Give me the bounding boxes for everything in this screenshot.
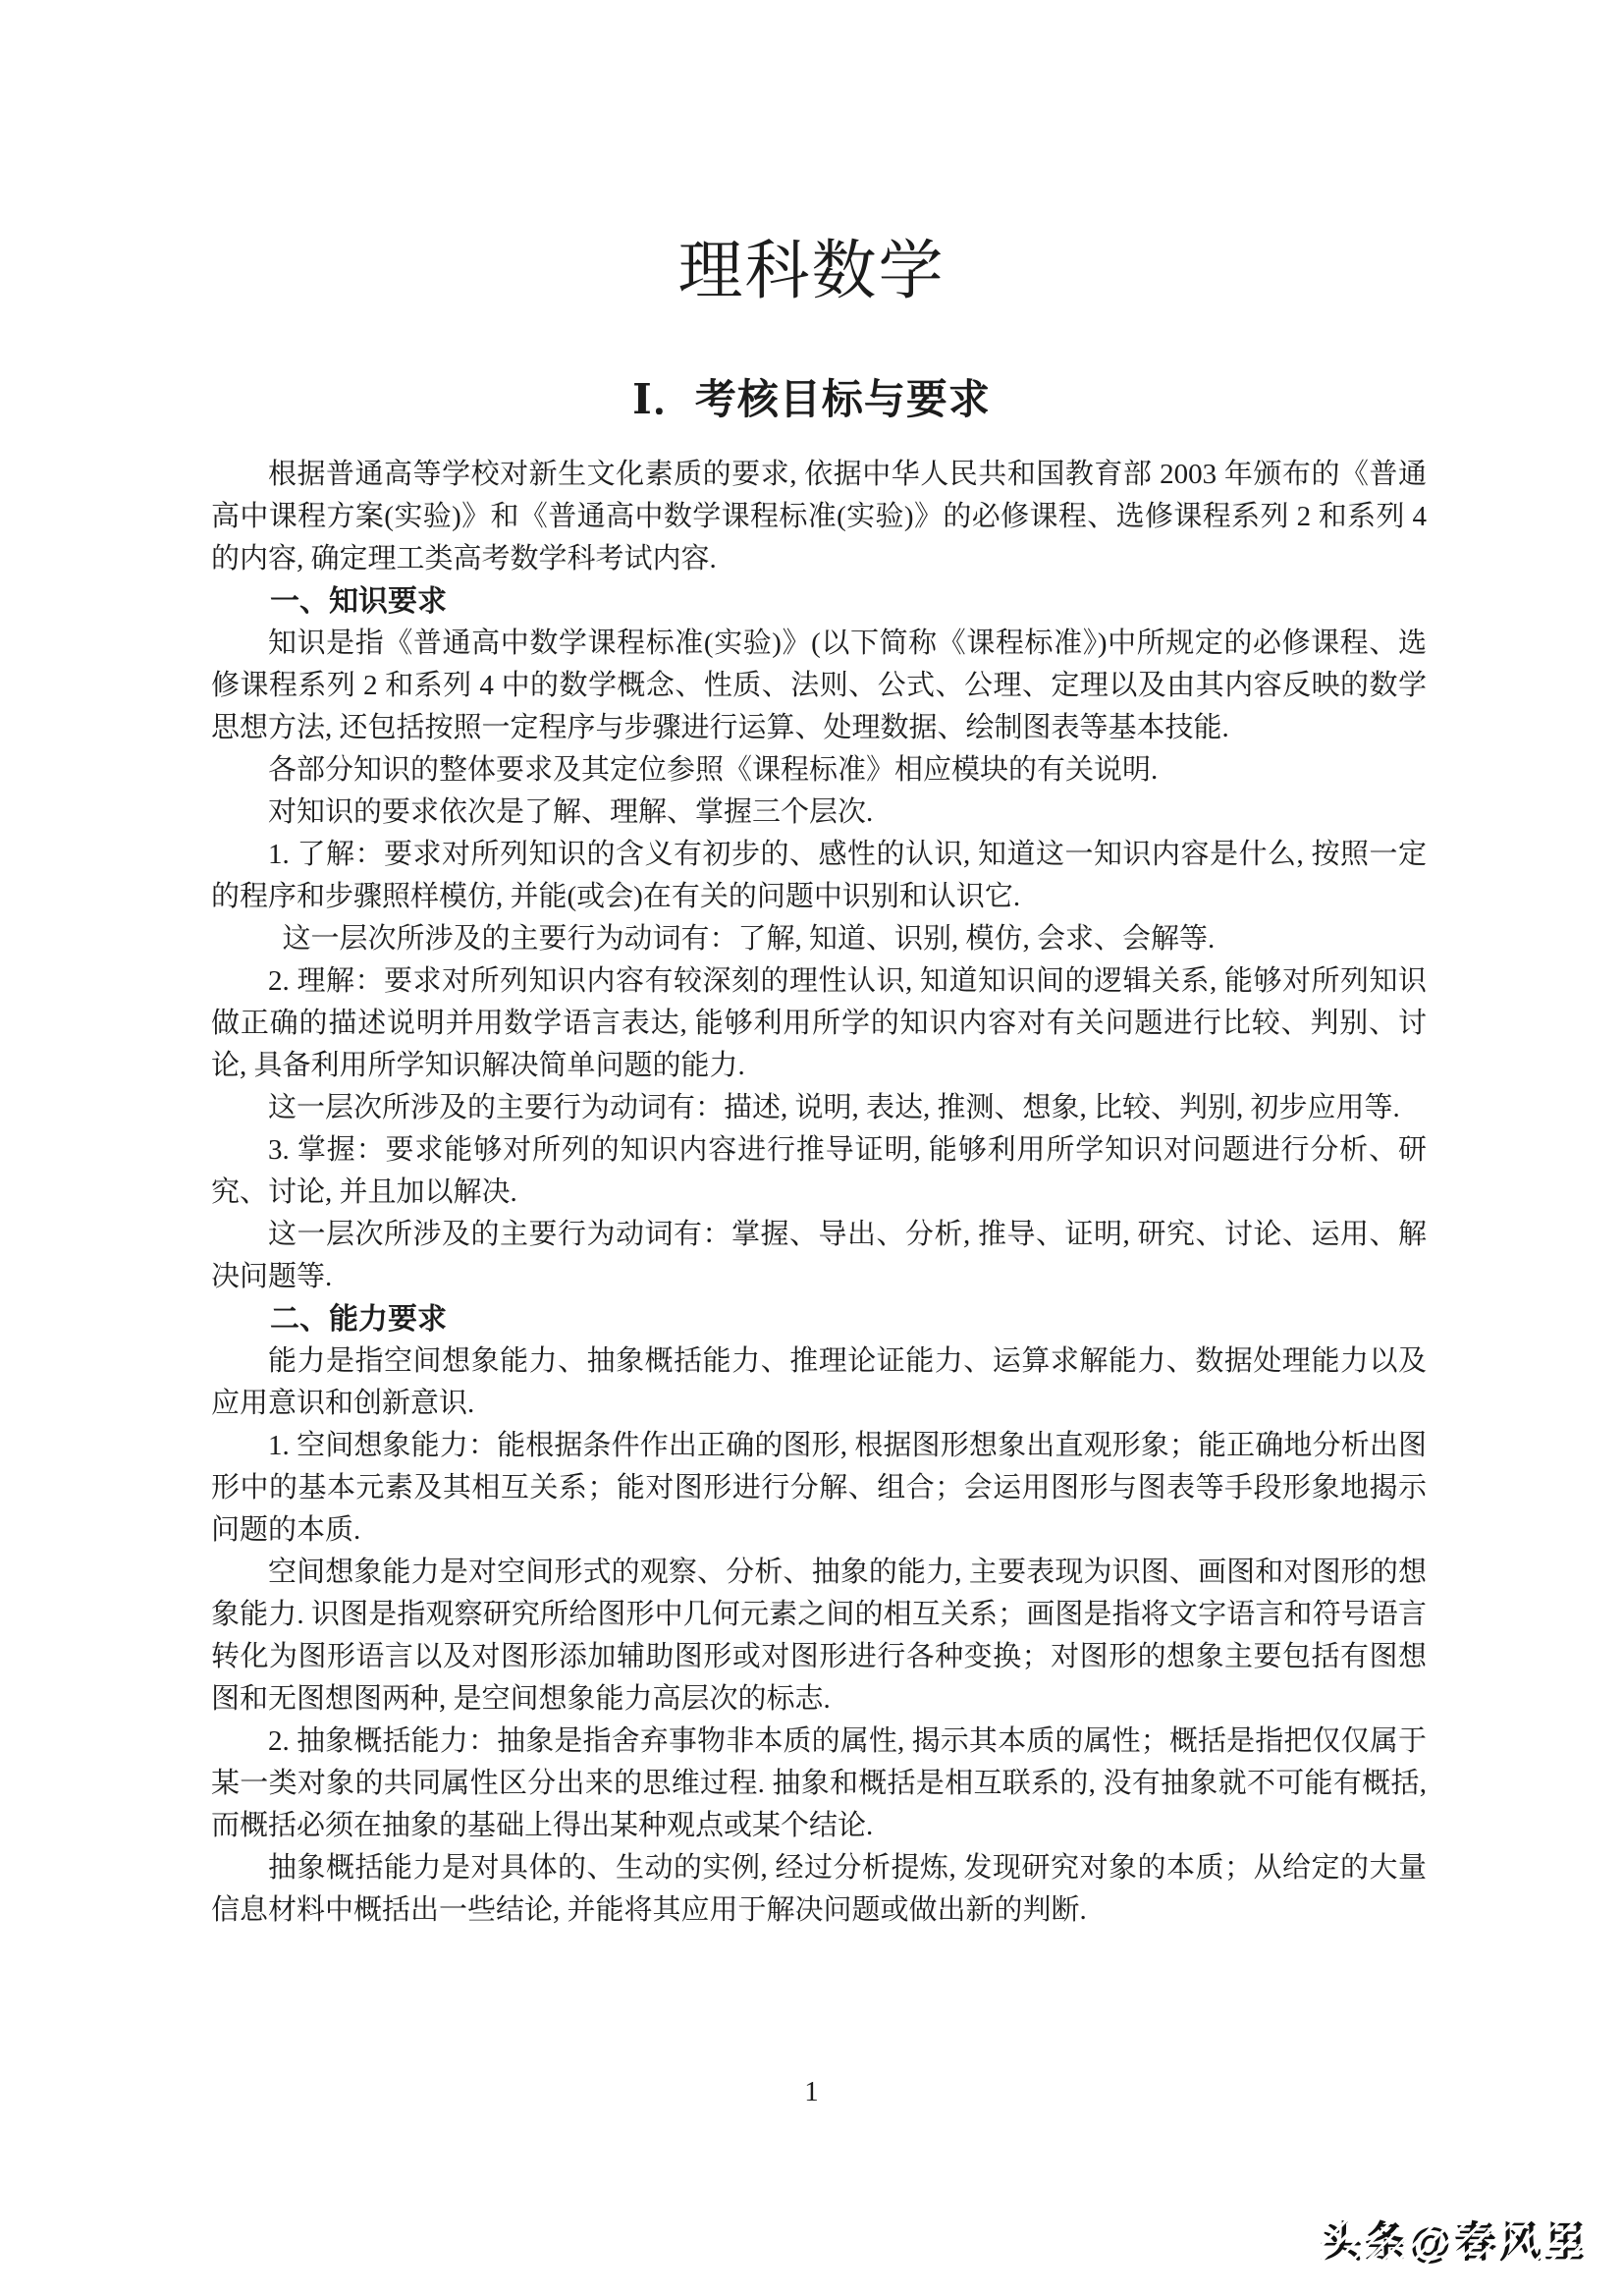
document-body: 根据普通高等学校对新生文化素质的要求, 依据中华人民共和国教育部 2003 年颁… [211,454,1427,1932]
watermark: 头条@春风里 [1320,2210,1590,2269]
document-title: 理科数学 [0,218,1623,311]
page-number: 1 [0,2076,1623,2108]
paragraph-verbs-lijie: 这一层次所涉及的主要行为动词有：描述, 说明, 表达, 推测、想象, 比较、判别… [211,1087,1427,1129]
paragraph-level-zhangwo: 3. 掌握：要求能够对所列的知识内容进行推导证明, 能够利用所学知识对问题进行分… [211,1129,1427,1214]
paragraph-ability-definition: 能力是指空间想象能力、抽象概括能力、推理论证能力、运算求解能力、数据处理能力以及… [211,1340,1427,1425]
paragraph-intro: 根据普通高等学校对新生文化素质的要求, 依据中华人民共和国教育部 2003 年颁… [211,454,1427,580]
paragraph-verbs-zhangwo: 这一层次所涉及的主要行为动词有：掌握、导出、分析, 推导、证明, 研究、讨论、运… [211,1214,1427,1298]
paragraph-three-levels: 对知识的要求依次是了解、理解、掌握三个层次. [211,792,1427,834]
paragraph-verbs-liaojie: 这一层次所涉及的主要行为动词有：了解, 知道、识别, 模仿, 会求、会解等. [211,918,1427,960]
paragraph-knowledge-definition: 知识是指《普通高中数学课程标准(实验)》(以下简称《课程标准》)中所规定的必修课… [211,623,1427,749]
paragraph-abstract-ability: 2. 抽象概括能力：抽象是指舍弃事物非本质的属性, 揭示其本质的属性；概括是指把… [211,1721,1427,1847]
paragraph-level-liaojie: 1. 了解：要求对所列知识的含义有初步的、感性的认识, 知道这一知识内容是什么,… [211,834,1427,918]
heading-ability-requirements: 二、能力要求 [211,1298,1427,1340]
document-page: 理科数学 Ⅰ．考核目标与要求 根据普通高等学校对新生文化素质的要求, 依据中华人… [0,0,1623,2296]
paragraph-spatial-ability-detail: 空间想象能力是对空间形式的观察、分析、抽象的能力, 主要表现为识图、画图和对图形… [211,1552,1427,1721]
heading-knowledge-requirements: 一、知识要求 [211,580,1427,623]
paragraph-level-lijie: 2. 理解：要求对所列知识内容有较深刻的理性认识, 知道知识间的逻辑关系, 能够… [211,960,1427,1087]
paragraph-overall-requirements: 各部分知识的整体要求及其定位参照《课程标准》相应模块的有关说明. [211,749,1427,792]
paragraph-abstract-ability-detail: 抽象概括能力是对具体的、生动的实例, 经过分析提炼, 发现研究对象的本质；从给定… [211,1847,1427,1932]
paragraph-spatial-ability: 1. 空间想象能力：能根据条件作出正确的图形, 根据图形想象出直观形象；能正确地… [211,1425,1427,1552]
section-heading: Ⅰ．考核目标与要求 [0,367,1623,426]
